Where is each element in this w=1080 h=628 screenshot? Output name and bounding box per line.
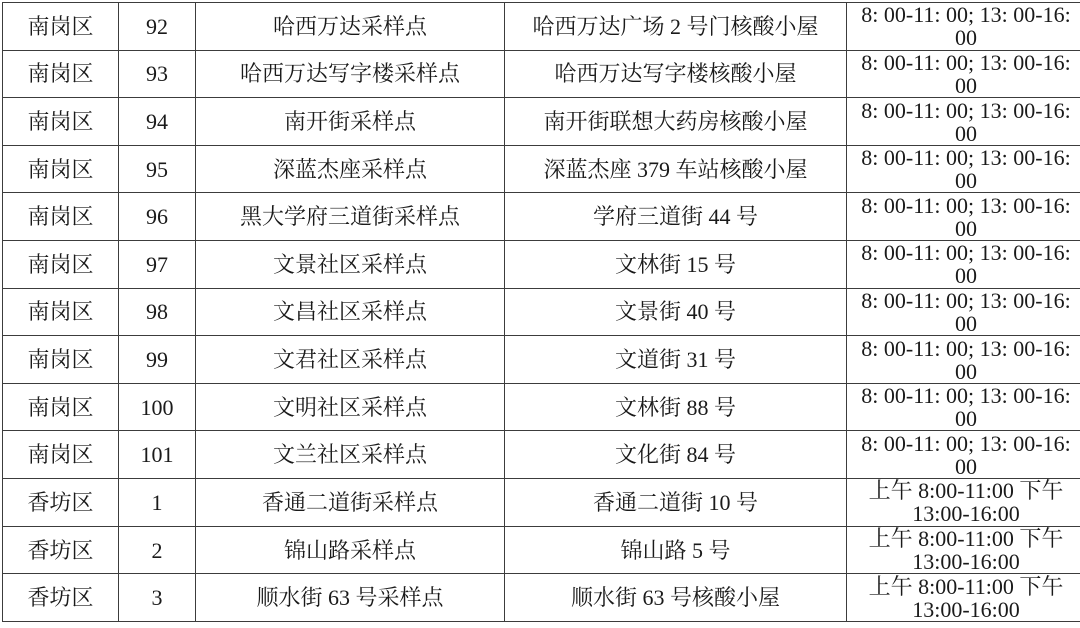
cell-hours: 8: 00-11: 00; 13: 00-16: 00	[847, 336, 1080, 384]
cell-district: 南岗区	[3, 50, 119, 98]
cell-hours: 8: 00-11: 00; 13: 00-16: 00	[847, 288, 1080, 336]
table-row: 南岗区 101 文兰社区采样点 文化街 84 号 8: 00-11: 00; 1…	[3, 431, 1080, 479]
cell-number: 96	[119, 193, 196, 241]
cell-site-name: 哈西万达采样点	[196, 3, 505, 51]
cell-address: 文林街 88 号	[505, 383, 847, 431]
cell-site-name: 文昌社区采样点	[196, 288, 505, 336]
cell-number: 101	[119, 431, 196, 479]
cell-number: 93	[119, 50, 196, 98]
cell-site-name: 文君社区采样点	[196, 336, 505, 384]
cell-hours: 8: 00-11: 00; 13: 00-16: 00	[847, 145, 1080, 193]
cell-site-name: 文兰社区采样点	[196, 431, 505, 479]
table-row: 香坊区 3 顺水街 63 号采样点 顺水街 63 号核酸小屋 上午 8:00-1…	[3, 574, 1080, 622]
cell-number: 2	[119, 526, 196, 574]
cell-number: 92	[119, 3, 196, 51]
cell-district: 香坊区	[3, 574, 119, 622]
cell-district: 南岗区	[3, 241, 119, 289]
cell-address: 哈西万达写字楼核酸小屋	[505, 50, 847, 98]
table-row: 南岗区 94 南开街采样点 南开街联想大药房核酸小屋 8: 00-11: 00;…	[3, 98, 1080, 146]
table-row: 南岗区 99 文君社区采样点 文道街 31 号 8: 00-11: 00; 13…	[3, 336, 1080, 384]
cell-district: 南岗区	[3, 98, 119, 146]
cell-district: 南岗区	[3, 193, 119, 241]
cell-hours: 8: 00-11: 00; 13: 00-16: 00	[847, 383, 1080, 431]
table-row: 南岗区 98 文昌社区采样点 文景街 40 号 8: 00-11: 00; 13…	[3, 288, 1080, 336]
cell-district: 南岗区	[3, 3, 119, 51]
table-row: 南岗区 97 文景社区采样点 文林街 15 号 8: 00-11: 00; 13…	[3, 241, 1080, 289]
table-row: 南岗区 92 哈西万达采样点 哈西万达广场 2 号门核酸小屋 8: 00-11:…	[3, 3, 1080, 51]
table-row: 香坊区 1 香通二道街采样点 香通二道街 10 号 上午 8:00-11:00 …	[3, 479, 1080, 527]
cell-hours: 上午 8:00-11:00 下午 13:00-16:00	[847, 574, 1080, 622]
cell-district: 南岗区	[3, 288, 119, 336]
cell-number: 99	[119, 336, 196, 384]
cell-district: 香坊区	[3, 479, 119, 527]
cell-address: 南开街联想大药房核酸小屋	[505, 98, 847, 146]
table-row: 香坊区 2 锦山路采样点 锦山路 5 号 上午 8:00-11:00 下午 13…	[3, 526, 1080, 574]
cell-district: 南岗区	[3, 431, 119, 479]
cell-district: 香坊区	[3, 526, 119, 574]
cell-number: 95	[119, 145, 196, 193]
page: 南岗区 92 哈西万达采样点 哈西万达广场 2 号门核酸小屋 8: 00-11:…	[0, 0, 1080, 628]
cell-address: 学府三道街 44 号	[505, 193, 847, 241]
cell-district: 南岗区	[3, 145, 119, 193]
sampling-table-body: 南岗区 92 哈西万达采样点 哈西万达广场 2 号门核酸小屋 8: 00-11:…	[3, 3, 1080, 622]
cell-site-name: 深蓝杰座采样点	[196, 145, 505, 193]
cell-site-name: 香通二道街采样点	[196, 479, 505, 527]
cell-address: 香通二道街 10 号	[505, 479, 847, 527]
sampling-table: 南岗区 92 哈西万达采样点 哈西万达广场 2 号门核酸小屋 8: 00-11:…	[2, 2, 1080, 622]
cell-site-name: 锦山路采样点	[196, 526, 505, 574]
cell-hours: 8: 00-11: 00; 13: 00-16: 00	[847, 431, 1080, 479]
cell-number: 98	[119, 288, 196, 336]
table-row: 南岗区 95 深蓝杰座采样点 深蓝杰座 379 车站核酸小屋 8: 00-11:…	[3, 145, 1080, 193]
cell-number: 94	[119, 98, 196, 146]
cell-address: 深蓝杰座 379 车站核酸小屋	[505, 145, 847, 193]
cell-hours: 上午 8:00-11:00 下午 13:00-16:00	[847, 526, 1080, 574]
cell-number: 100	[119, 383, 196, 431]
cell-address: 哈西万达广场 2 号门核酸小屋	[505, 3, 847, 51]
cell-site-name: 顺水街 63 号采样点	[196, 574, 505, 622]
cell-address: 文景街 40 号	[505, 288, 847, 336]
cell-number: 3	[119, 574, 196, 622]
cell-hours: 8: 00-11: 00; 13: 00-16: 00	[847, 3, 1080, 51]
cell-site-name: 文明社区采样点	[196, 383, 505, 431]
cell-hours: 8: 00-11: 00; 13: 00-16: 00	[847, 50, 1080, 98]
cell-number: 97	[119, 241, 196, 289]
cell-address: 顺水街 63 号核酸小屋	[505, 574, 847, 622]
table-row: 南岗区 96 黑大学府三道街采样点 学府三道街 44 号 8: 00-11: 0…	[3, 193, 1080, 241]
cell-district: 南岗区	[3, 336, 119, 384]
cell-address: 文道街 31 号	[505, 336, 847, 384]
table-row: 南岗区 100 文明社区采样点 文林街 88 号 8: 00-11: 00; 1…	[3, 383, 1080, 431]
cell-site-name: 哈西万达写字楼采样点	[196, 50, 505, 98]
cell-number: 1	[119, 479, 196, 527]
cell-hours: 上午 8:00-11:00 下午 13:00-16:00	[847, 479, 1080, 527]
cell-address: 锦山路 5 号	[505, 526, 847, 574]
cell-address: 文化街 84 号	[505, 431, 847, 479]
cell-hours: 8: 00-11: 00; 13: 00-16: 00	[847, 193, 1080, 241]
cell-site-name: 南开街采样点	[196, 98, 505, 146]
cell-address: 文林街 15 号	[505, 241, 847, 289]
cell-hours: 8: 00-11: 00; 13: 00-16: 00	[847, 98, 1080, 146]
cell-district: 南岗区	[3, 383, 119, 431]
cell-hours: 8: 00-11: 00; 13: 00-16: 00	[847, 241, 1080, 289]
table-row: 南岗区 93 哈西万达写字楼采样点 哈西万达写字楼核酸小屋 8: 00-11: …	[3, 50, 1080, 98]
cell-site-name: 黑大学府三道街采样点	[196, 193, 505, 241]
cell-site-name: 文景社区采样点	[196, 241, 505, 289]
